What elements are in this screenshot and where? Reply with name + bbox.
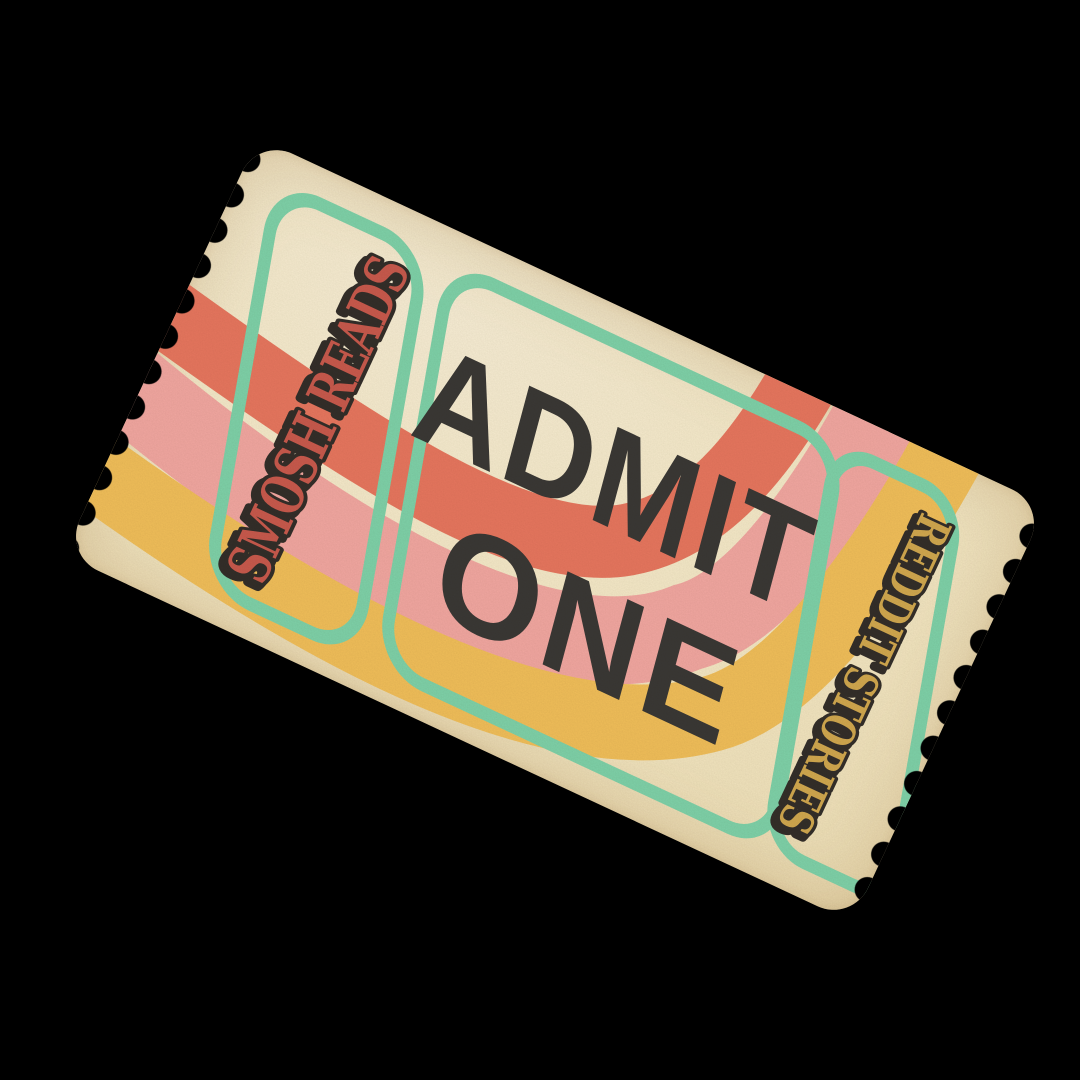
background: SMOSH READS SMOSH READS ADMIT ONE REDDIT…: [0, 0, 1080, 1080]
admit-one-ticket: SMOSH READS SMOSH READS ADMIT ONE REDDIT…: [64, 138, 1047, 923]
